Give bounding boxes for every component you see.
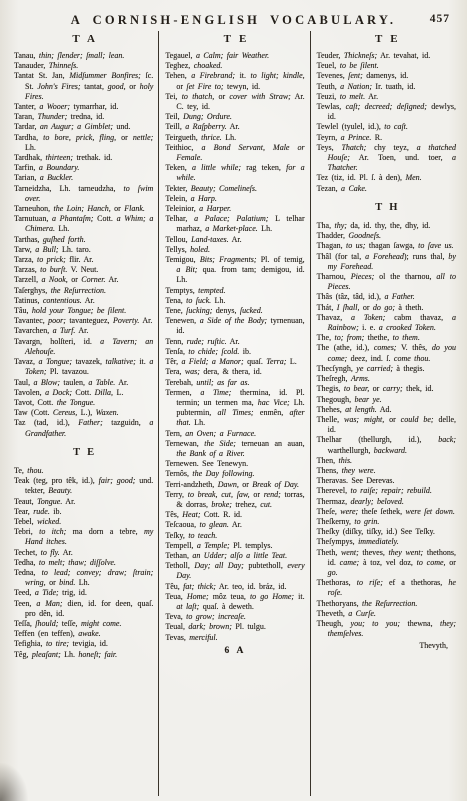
dictionary-entry: Thens, they were.	[317, 466, 456, 476]
dictionary-entry: Taſerghys, the Reſurrection.	[14, 286, 153, 296]
dictionary-entry: Terri-andzheth, Dawn, or Break of Day.	[165, 480, 304, 490]
page-number: 457	[430, 13, 450, 25]
dictionary-entry: Teithioc, a Bond Servant, Male or Female…	[165, 143, 304, 163]
dictionary-entry: Teys, Thatch; chy teyz, a thatched Houſe…	[317, 143, 456, 174]
dictionary-entry: Teen, a Man; dien, id. for deen, quaſ. p…	[14, 599, 153, 619]
dictionary-entry: Tarnutuan, a Phantaſm; Cott. a Whim; a C…	[14, 214, 153, 234]
dictionary-entry: Thâs (tâz, tâd, id.), a Father.	[317, 292, 456, 302]
dictionary-entry: Ternewan, the Side; terneuan an auan, th…	[165, 439, 304, 459]
dictionary-entry: Thegis, to bear, or carry; thek, id.	[317, 384, 456, 394]
dictionary-entry: Tatinus, contentious. Ar.	[14, 296, 153, 306]
dictionary-entry: Tarneuhon, the Loin; Hanch, or Flank.	[14, 204, 153, 214]
dictionary-entry: Teleinior, a Harper.	[165, 204, 304, 214]
dictionary-entry: Tene, ſucking; denys, ſucked.	[165, 306, 304, 316]
dictionary-entry: Theſe, were; theſe ſethek, were ſet down…	[317, 507, 456, 517]
dictionary-entry: Tha, thy; da, id. thy, the, dhy, id.	[317, 221, 456, 231]
dictionary-entry: Theveth, a Curſe.	[317, 609, 456, 619]
dictionary-entry: Thagan, to us; thagan ſawga, to ſave us.	[317, 241, 456, 251]
column-1: TA Tanau, thin; ſlender; ſmall; lean.Tan…	[8, 31, 158, 796]
dictionary-entry: Tardha, to bore, prick, fling, or nettle…	[14, 133, 153, 153]
dictionary-entry: Tempell, a Temple; Pl. templys.	[165, 541, 304, 551]
dictionary-entry: Tekter, Beauty; Comelineſs.	[165, 184, 304, 194]
dictionary-entry: Tanter, a Wooer; tymarrhar, id.	[14, 102, 153, 112]
dictionary-entry: Teed, a Tide; trig, id.	[14, 588, 153, 598]
dictionary-entry: Têg, pleaſant; Lh. honeſt; fair.	[14, 650, 153, 660]
dictionary-entry: Tear, rude. ib.	[14, 507, 153, 517]
dictionary-entry: Thelle, was; might, or could be; delle, …	[317, 415, 456, 435]
column-1-header: TA	[14, 31, 153, 51]
dictionary-entry: Tera, was; dera, & thera, id.	[165, 367, 304, 377]
dictionary-entry: Thegough, bear ye.	[317, 395, 456, 405]
dictionary-entry: Thâl (for tal, a Forehead); runs thal, b…	[317, 252, 456, 272]
dictionary-entry: Teyrn, a Prince. R.	[317, 133, 456, 143]
dictionary-entry: Thethoras, to riſe; ef a thethoras, he r…	[317, 578, 456, 598]
dictionary-entry: Tedna, to lead; convey; draw; ſtrain; wr…	[14, 568, 153, 588]
dictionary-entry: Temigou, Bits; Fragments; Pl. of temig, …	[165, 255, 304, 286]
page-title: A CORNISH-ENGLISH VOCABULARY.	[71, 13, 397, 27]
running-head: A CORNISH-ENGLISH VOCABULARY. 457	[0, 0, 467, 31]
dictionary-entry: Teffen (en teffen), awake.	[14, 629, 153, 639]
dictionary-entry: Telhar, a Palace; Palatium; L telhar mar…	[165, 214, 304, 234]
dictionary-entry: Taul, a Blow; taulen, a Table. Ar.	[14, 378, 153, 388]
dictionary-entry: Theth, went; theves, they went; thethons…	[317, 548, 456, 579]
dictionary-entry: Tarian, a Buckler.	[14, 173, 153, 183]
dictionary-entry: Therevel, to raiſe; repair; rebuild.	[317, 486, 456, 496]
dictionary-entry: Tetholl, Day; all Day; pubtetholl, every…	[165, 561, 304, 581]
column-2-entries: Tegauel, a Calm; fair Weather.Teghez, ch…	[165, 51, 304, 656]
dictionary-entry: Theſympys, immediately.	[317, 537, 456, 547]
dictionary-entry: Tanauder, Thinneſs.	[14, 61, 153, 71]
dictionary-entry: Teill, a Raſpberry. Ar.	[165, 122, 304, 132]
dictionary-entry: Theſkerny, to grin.	[317, 517, 456, 527]
dictionary-entry: Teuth, a Nation; Ir. tuath, id.	[317, 82, 456, 92]
dictionary-entry: Teghez, choaked.	[165, 61, 304, 71]
dictionary-entry: Tedha, to melt; thaw; diſſolve.	[14, 558, 153, 568]
dictionary-entry: Teſcaoua, to glean. Ar.	[165, 520, 304, 530]
dictionary-entry: Tegauel, a Calm; fair Weather.	[165, 51, 304, 61]
dictionary-entry: Thavaz, a Token; cabm thavaz, a Rainbow;…	[317, 313, 456, 333]
dictionary-entry: Theugh, you; to you; thewna, they; themſ…	[317, 619, 456, 639]
dictionary-entry: Tarw, a Bull; Lh. taro.	[14, 245, 153, 255]
dictionary-entry: Taz (tad, id.), Father; tazguidn, a Gran…	[14, 418, 153, 438]
dictionary-entry: Terry, to break, cut, ſaw, or rend; torr…	[165, 490, 304, 510]
dictionary-entry: Teſky, to teach.	[165, 531, 304, 541]
dictionary-entry: Tanau, thin; ſlender; ſmall; lean.	[14, 51, 153, 61]
dictionary-entry: Tardar, an Augur; a Gimblet; und.	[14, 122, 153, 132]
dictionary-entry: Tellys, holed.	[165, 245, 304, 255]
dictionary-entry: Tarzell, a Nook, or Corner. Ar.	[14, 275, 153, 285]
dictionary-entry: Teirgueth, thrice. Lh.	[165, 133, 304, 143]
dictionary-entry: Te, thou.	[14, 466, 153, 476]
dictionary-entry: The (athe, id.), comes; V. thês, do you …	[317, 343, 456, 363]
dictionary-entry: Thadder, Goodneſs.	[317, 231, 456, 241]
dictionary-entry: Ternôs, the Day following.	[165, 469, 304, 479]
column-3-header: TE	[317, 31, 456, 51]
dictionary-entry: Tês, Heat; Cott. R. id.	[165, 510, 304, 520]
dictionary-entry: Teva, to grow; increaſe.	[165, 612, 304, 622]
dictionary-entry: Theſregh, Arms.	[317, 374, 456, 384]
dictionary-entry: Tevas, merciful.	[165, 633, 304, 643]
dictionary-entry: Then, this.	[317, 456, 456, 466]
dictionary-entry: Tarfin, a Boundary.	[14, 163, 153, 173]
dictionary-entry: Teuel, to be ſilent.	[317, 61, 456, 71]
dictionary-entry: Tevenes, ſent; damenys, id.	[317, 71, 456, 81]
dictionary-entry: Tefighia, to tire; tevigia, id.	[14, 639, 153, 649]
dictionary-entry: Tavarchen, a Turf. Ar.	[14, 326, 153, 336]
dictionary-entry: Techet, to fly. Ar.	[14, 548, 153, 558]
dictionary-entry: Tellou, Land-taxes. Ar.	[165, 235, 304, 245]
dictionary-entry: Têr, a Field; a Manor; quaſ. Terra; L.	[165, 357, 304, 367]
dictionary-entry: Teil, Dung; Ordure.	[165, 112, 304, 122]
catchword: Thevyth,	[317, 641, 456, 651]
dictionary-entry: Tâu, hold your Tongue; be ſilent.	[14, 306, 153, 316]
book-page: A CORNISH-ENGLISH VOCABULARY. 457 TA Tan…	[0, 0, 467, 801]
dictionary-entry: Ternewen. See Tenewyn.	[165, 459, 304, 469]
dictionary-entry: Tavargn, holſteri, id. a Tavern; an Aleh…	[14, 337, 153, 357]
dictionary-entry: Tezan, a Cake.	[317, 184, 456, 194]
dictionary-columns: TA Tanau, thin; ſlender; ſmall; lean.Tan…	[8, 31, 461, 796]
dictionary-entry: Tarthas, guſhed forth.	[14, 235, 153, 245]
column-3-entries: Teuder, Thickneſs; Ar. tevahat, id.Teuel…	[317, 51, 456, 652]
dictionary-entry: Tavaz, a Tongue; tavazek, talkative; it.…	[14, 357, 153, 377]
dictionary-entry: Teſſa, ſhould; teſſe, might come.	[14, 619, 153, 629]
dictionary-entry: Tebri, to itch; ma dorn a tebre, my Hand…	[14, 527, 153, 547]
section-header: TH	[317, 194, 456, 221]
column-2: TE Tegauel, a Calm; fair Weather.Teghez,…	[158, 31, 310, 796]
dictionary-entry: Thehes, at length. Ad.	[317, 405, 456, 415]
dictionary-entry: Tavantec, poor; tavanteguez, Poverty. Ar…	[14, 316, 153, 326]
dictionary-entry: Temptys, tempted.	[165, 286, 304, 296]
dictionary-entry: Thethoryans, the Reſurrection.	[317, 599, 456, 609]
signature-mark: 6 A	[165, 646, 304, 656]
dictionary-entry: Teken, a little while; rag teken, for a …	[165, 163, 304, 183]
dictionary-entry: Tarza, to prick; flir. Ar.	[14, 255, 153, 265]
dictionary-entry: Theſky (diſky, tiſky, id.) See Teſky.	[317, 527, 456, 537]
column-2-header: TE	[165, 31, 304, 51]
dictionary-entry: Teua, Home; môz teua, to go Home; it. at…	[165, 592, 304, 612]
dictionary-entry: Tenſa, to chide; ſcold. ib.	[165, 347, 304, 357]
dictionary-entry: Taw (Cott. Cereus, L.), Waxen.	[14, 408, 153, 418]
dictionary-entry: Theravas. See Derevas.	[317, 476, 456, 486]
dictionary-entry: Tewlas, caſt; decreed; deſigned; dewlys,…	[317, 102, 456, 122]
column-1-entries: Tanau, thin; ſlender; ſmall; lean.Tanaud…	[14, 51, 153, 660]
dictionary-entry: Tena, to ſuck. Lh.	[165, 296, 304, 306]
dictionary-entry: Tantat St. Jan, Midſummer Bonfires; ſc. …	[14, 71, 153, 102]
dictionary-entry: Thermaz, dearly; beloved.	[317, 497, 456, 507]
dictionary-entry: Teuder, Thickneſs; Ar. tevahat, id.	[317, 51, 456, 61]
dictionary-entry: Thecſyngh, ye carried; à thegis.	[317, 364, 456, 374]
dictionary-entry: Teual, dark; brown; Pl. tulgu.	[165, 622, 304, 632]
dictionary-entry: Teaut, Tongue. Ar.	[14, 497, 153, 507]
dictionary-entry: Teak (teg, pro têk, id.), fair; good; un…	[14, 476, 153, 496]
dictionary-entry: Tewlel (tyulel, id.), to caſt.	[317, 122, 456, 132]
dictionary-entry: Thát, I ſhall, or do go; à theth.	[317, 303, 456, 313]
dictionary-entry: Tarneidzha, Lh. tarneudzha, to ſwim over…	[14, 184, 153, 204]
dictionary-entry: Tenn, rude; ruſtic. Ar.	[165, 337, 304, 347]
dictionary-entry: Tharnou, Pieces; ol the tharnou, all to …	[317, 272, 456, 292]
dictionary-entry: Telein, a Harp.	[165, 194, 304, 204]
dictionary-entry: Thelhar (thellurgh, id.), back; warthell…	[317, 435, 456, 455]
dictionary-entry: Tern, an Oven; a Furnace.	[165, 429, 304, 439]
dictionary-entry: Tenewen, a Side of the Body; tyrnenuan, …	[165, 316, 304, 336]
dictionary-entry: Tavot, Cott. the Tongue.	[14, 398, 153, 408]
section-header: TE	[14, 439, 153, 466]
dictionary-entry: Tei, to thatch, or cover with Straw; Ar.…	[165, 92, 304, 112]
dictionary-entry: The, to; from; thethe, to them.	[317, 333, 456, 343]
dictionary-entry: Tehen, a Firebrand; it. to light; kindle…	[165, 71, 304, 91]
column-3: TE Teuder, Thickneſs; Ar. tevahat, id.Te…	[311, 31, 461, 796]
dictionary-entry: Tethan, an Udder; alſo a little Teat.	[165, 551, 304, 561]
dictionary-entry: Tebel, wicked.	[14, 517, 153, 527]
dictionary-entry: Termen, a Time; thermina, id. Pl. termin…	[165, 388, 304, 429]
dictionary-entry: Tez (tiz, id. Pl. ſ. à den), Men.	[317, 173, 456, 183]
dictionary-entry: Terebah, until; as far as.	[165, 378, 304, 388]
dictionary-entry: Tavolen, a Dock; Cott. Dilla, L.	[14, 388, 153, 398]
dictionary-entry: Têu, fat; thick; Ar. teo, id. bráz, id.	[165, 582, 304, 592]
dictionary-entry: Tardhak, thirteen; trethak. id.	[14, 153, 153, 163]
dictionary-entry: Taran, Thunder; tredna, id.	[14, 112, 153, 122]
dictionary-entry: Teuzi, to melt. Ar.	[317, 92, 456, 102]
dictionary-entry: Tarzas, to burſt. V. Neut.	[14, 265, 153, 275]
